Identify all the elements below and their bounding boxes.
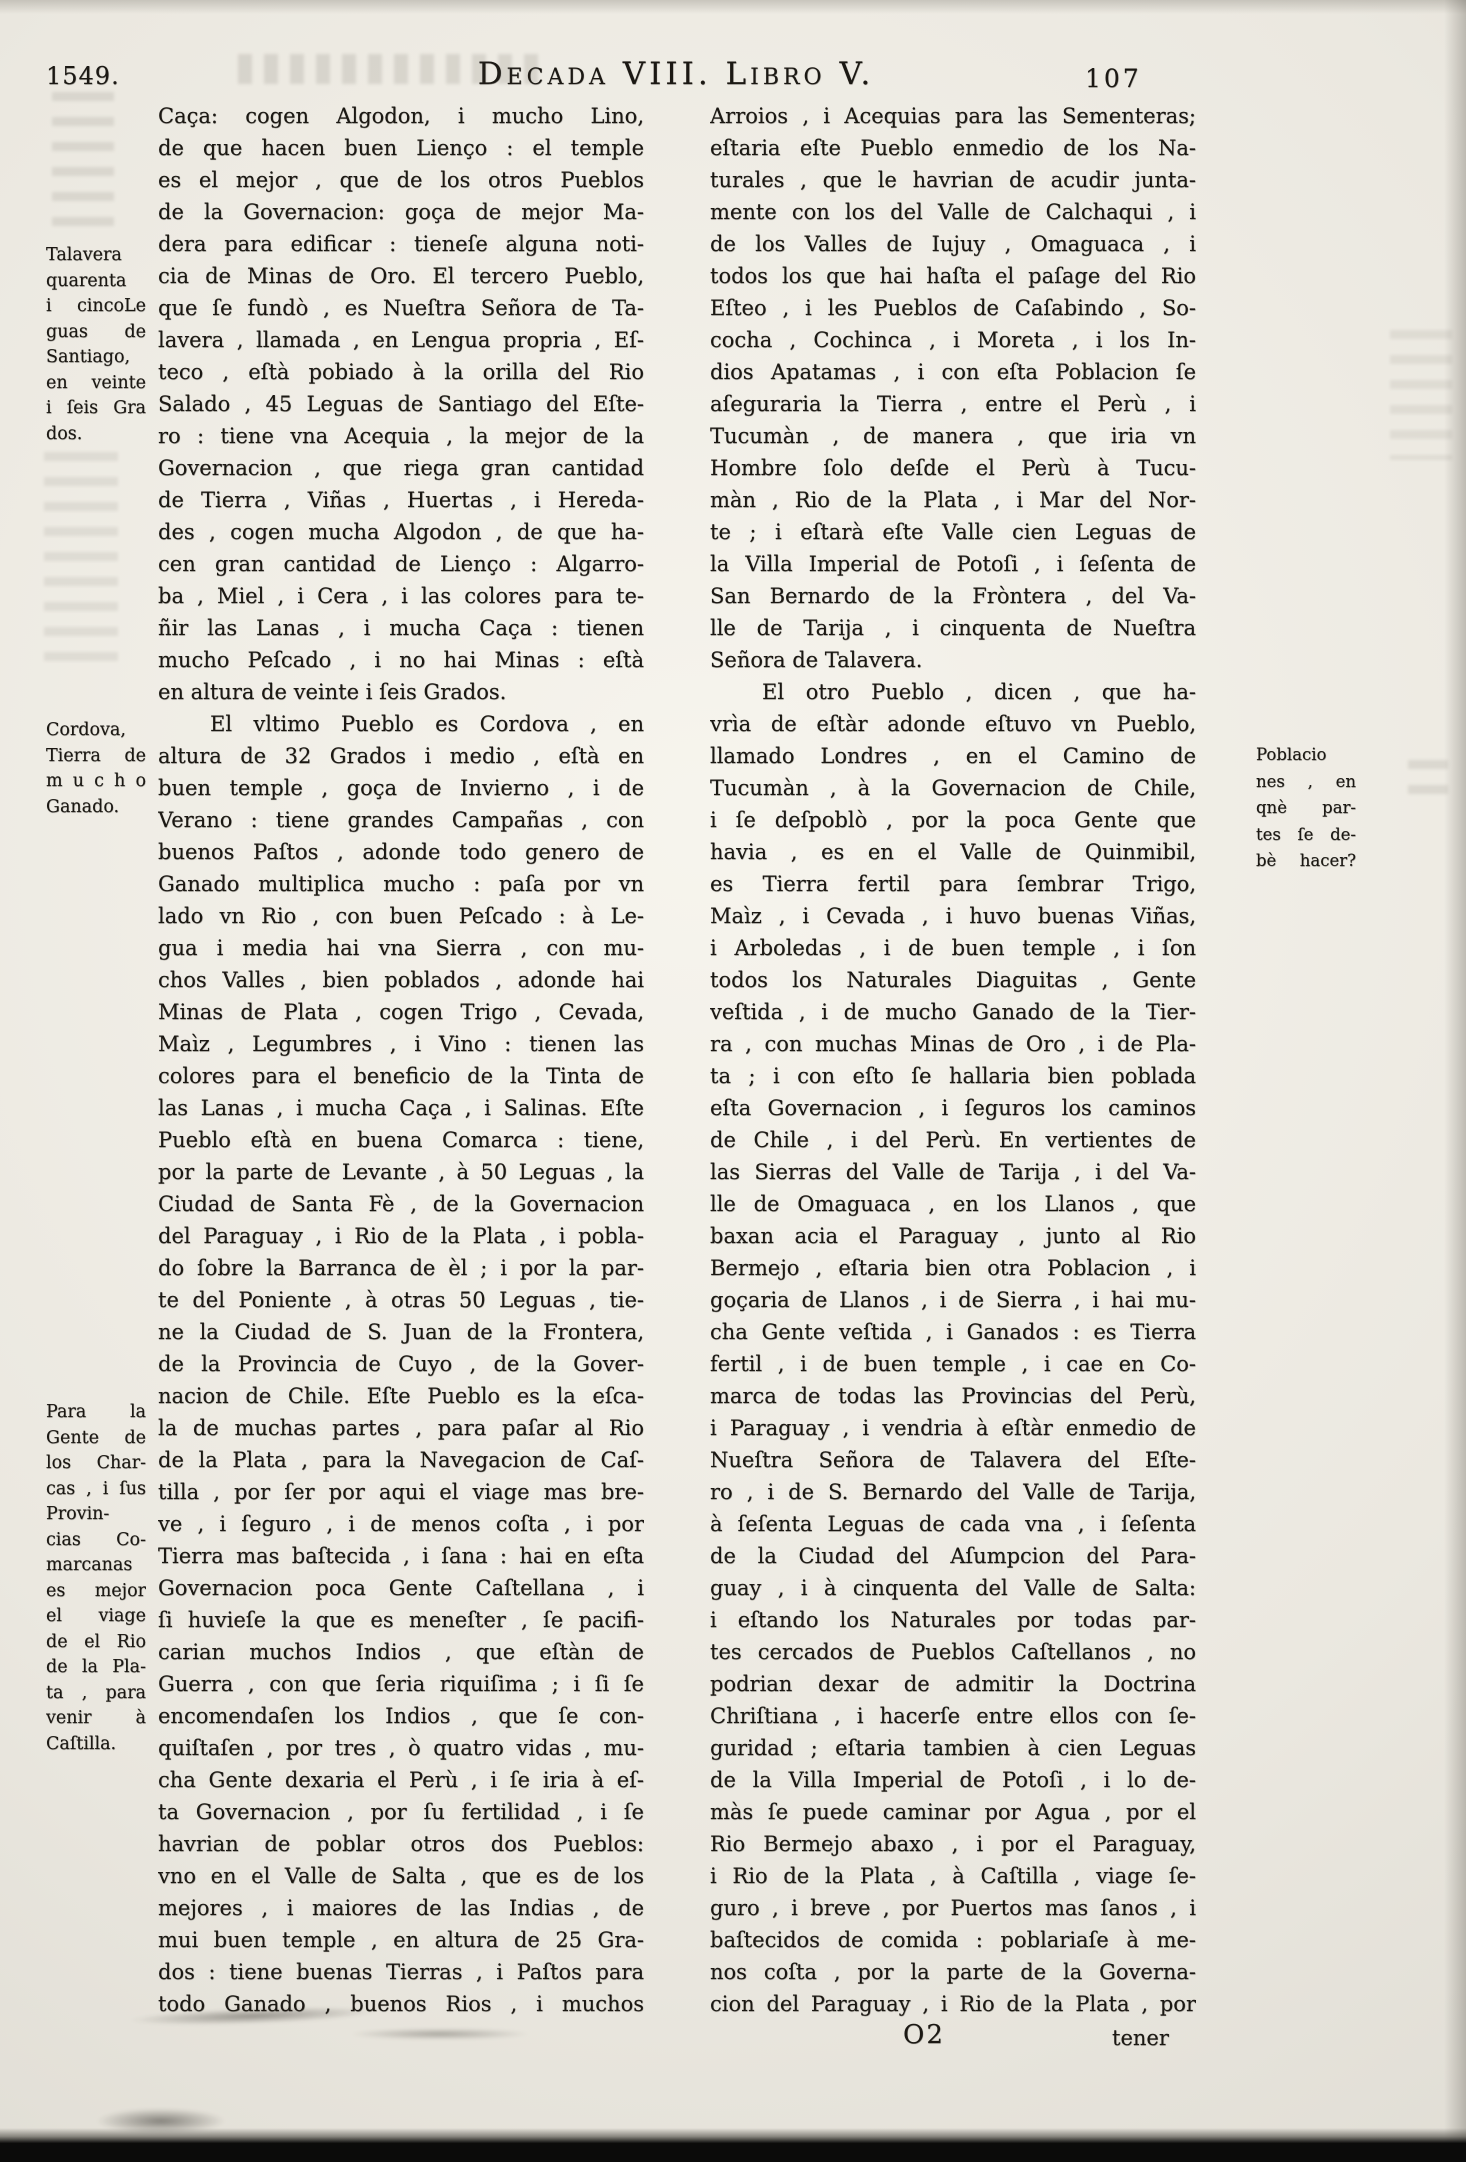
- text-line: ro : tiene vna Acequia , la mejor de la: [158, 420, 644, 452]
- text-line: Maìz , Legumbres , i Vino : tienen las: [158, 1028, 644, 1060]
- text-line: cias Co-: [46, 1528, 146, 1554]
- text-line: quiſtaſen , por tres , ò quatro vidas , …: [158, 1732, 644, 1764]
- text-line: Verano : tiene grandes Campañas , con: [158, 804, 644, 836]
- text-line: lado vn Rio , con buen Peſcado : à Le-: [158, 900, 644, 932]
- text-line: Bermejo , eſtaria bien otra Poblacion , …: [710, 1252, 1196, 1284]
- text-line: tes ſe de-: [1256, 822, 1356, 849]
- text-line: cha Gente veſtida , i Ganados : es Tierr…: [710, 1316, 1196, 1348]
- text-line: Governacion , que riega gran cantidad: [158, 452, 644, 484]
- text-line: eſta Governacion , i ſeguros los caminos: [710, 1092, 1196, 1124]
- text-line: de Tierra , Viñas , Huertas , i Hereda-: [158, 484, 644, 516]
- text-line: ñir las Lanas , i mucha Caça : tienen: [158, 612, 644, 644]
- text-line: Cordova,: [46, 718, 146, 744]
- text-line: te del Poniente , à otras 50 Leguas , ti…: [158, 1284, 644, 1316]
- text-line: nes , en: [1256, 769, 1356, 796]
- text-line: de la Plata , para la Navegacion de Caſ-: [158, 1444, 644, 1476]
- bleed-through-ghost: [44, 452, 118, 662]
- text-line: màs ſe puede caminar por Agua , por el: [710, 1796, 1196, 1828]
- text-line: cia de Minas de Oro. El tercero Pueblo,: [158, 260, 644, 292]
- text-line: nacion de Chile. Eſte Pueblo es la eſca-: [158, 1380, 644, 1412]
- text-line: podrian dexar de admitir la Doctrina: [710, 1668, 1196, 1700]
- text-line: ro , i de S. Bernardo del Valle de Tarij…: [710, 1476, 1196, 1508]
- text-line: vrìa de eſtàr adonde eſtuvo vn Pueblo,: [710, 708, 1196, 740]
- text-line: Maìz , i Cevada , i huvo buenas Viñas,: [710, 900, 1196, 932]
- text-line: Tierra mas baſtecida , i ſana : hai en e…: [158, 1540, 644, 1572]
- text-line: Nueſtra Señora de Talavera del Eſte-: [710, 1444, 1196, 1476]
- text-line: Caça: cogen Algodon, i mucho Lino,: [158, 100, 644, 132]
- text-line: à ſeſenta Leguas de cada vna , i ſeſenta: [710, 1508, 1196, 1540]
- text-line: ſi huvieſe la que es meneſter , ſe pacif…: [158, 1604, 644, 1636]
- text-line: Guerra , con que ſeria riquiſima ; i ſi …: [158, 1668, 644, 1700]
- text-line: buen temple , goça de Invierno , i de: [158, 772, 644, 804]
- text-line: Tierra de: [46, 744, 146, 770]
- text-line: en altura de veinte i ſeis Grados.: [158, 676, 644, 708]
- text-line: chos Valles , bien poblados , adonde hai: [158, 964, 644, 996]
- catchword: tener: [1112, 2026, 1169, 2050]
- text-line: Chriſtiana , i hacerſe entre ellos con ſ…: [710, 1700, 1196, 1732]
- text-line: des , cogen mucha Algodon , de que ha-: [158, 516, 644, 548]
- margin-note-charcas: Para laGente delos Char-cas , i ſusProvi…: [46, 1400, 146, 1757]
- text-line: te ; i eſtarà eſte Valle cien Leguas de: [710, 516, 1196, 548]
- text-line: Minas de Plata , cogen Trigo , Cevada,: [158, 996, 644, 1028]
- text-line: de la Ciudad del Aſumpcion del Para-: [710, 1540, 1196, 1572]
- text-line: Ganado.: [46, 795, 146, 821]
- text-line: i Arboledas , i de buen temple , i ſon: [710, 932, 1196, 964]
- text-line: las Sierras del Valle de Tarija , i del …: [710, 1156, 1196, 1188]
- text-line: i ſe deſpoblò , por la poca Gente que: [710, 804, 1196, 836]
- text-line: Salado , 45 Leguas de Santiago del Eſte-: [158, 388, 644, 420]
- book-page-scan: 1549. Decada VIII. Libro V. 107 Caça: co…: [0, 0, 1466, 2162]
- text-line: El otro Pueblo , dicen , que ha-: [710, 676, 1196, 708]
- text-line: mente con los del Valle de Calchaqui , i: [710, 196, 1196, 228]
- text-line: i Rio de la Plata , à Caſtilla , viage ſ…: [710, 1860, 1196, 1892]
- text-line: dos : tiene buenas Tierras , i Paſtos pa…: [158, 1956, 644, 1988]
- text-line: es el mejor , que de los otros Pueblos: [158, 164, 644, 196]
- text-line: Ciudad de Santa Fè , de la Governacion: [158, 1188, 644, 1220]
- margin-note-poblaciones: Poblaciones , enqnè par-tes ſe de-bè hac…: [1256, 742, 1356, 875]
- text-line: guas de: [46, 320, 146, 346]
- text-line: ne la Ciudad de S. Juan de la Frontera,: [158, 1316, 644, 1348]
- text-line: cas , i ſus: [46, 1477, 146, 1503]
- text-line: lavera , llamada , en Lengua propria , E…: [158, 324, 644, 356]
- text-line: llamado Londres , en el Camino de: [710, 740, 1196, 772]
- text-line: baſtecidos de comida : poblariaſe à me-: [710, 1924, 1196, 1956]
- text-line: Santiago,: [46, 345, 146, 371]
- text-line: dios Apatamas , i con eſta Poblacion ſe: [710, 356, 1196, 388]
- text-line: El vltimo Pueblo es Cordova , en: [158, 708, 644, 740]
- text-line: las Lanas , i mucha Caça , i Salinas. Eſ…: [158, 1092, 644, 1124]
- text-line: gua i media hai vna Sierra , con mu-: [158, 932, 644, 964]
- page-number: 107: [1085, 64, 1142, 93]
- text-line: Ganado multiplica mucho : paſa por vn: [158, 868, 644, 900]
- text-line: ra , con muchas Minas de Oro , i de Pla-: [710, 1028, 1196, 1060]
- text-line: tes cercados de Pueblos Caſtellanos , no: [710, 1636, 1196, 1668]
- left-text-column: Caça: cogen Algodon, i mucho Lino,de que…: [158, 100, 644, 2020]
- text-line: marca de todas las Provincias del Perù,: [710, 1380, 1196, 1412]
- text-line: por la parte de Levante , à 50 Leguas , …: [158, 1156, 644, 1188]
- text-line: teco , eſtà pobiado à la orilla del Rio: [158, 356, 644, 388]
- text-line: la Villa Imperial de Potoſi , i ſeſenta …: [710, 548, 1196, 580]
- text-line: Tucumàn , de manera , que iria vn: [710, 420, 1196, 452]
- text-line: ta ; i con eſto ſe hallaria bien poblada: [710, 1060, 1196, 1092]
- text-line: baxan acia el Paraguay , junto al Rio: [710, 1220, 1196, 1252]
- text-line: dera para edificar : tieneſe alguna noti…: [158, 228, 644, 260]
- text-line: havia , es en el Valle de Quinmibil,: [710, 836, 1196, 868]
- text-line: de Chile , i del Perù. En vertientes de: [710, 1124, 1196, 1156]
- text-line: Señora de Talavera.: [710, 644, 1196, 676]
- text-line: turales , que le havrian de acudir junta…: [710, 164, 1196, 196]
- text-line: de que hacen buen Lienço : el temple: [158, 132, 644, 164]
- text-line: havrian de poblar otros dos Pueblos:: [158, 1828, 644, 1860]
- scan-edge-top: [0, 0, 1466, 14]
- text-line: del Paraguay , i Rio de la Plata , i pob…: [158, 1220, 644, 1252]
- text-line: mucho Peſcado , i no hai Minas : eſtà: [158, 644, 644, 676]
- text-line: de la Villa Imperial de Potoſi , i lo de…: [710, 1764, 1196, 1796]
- text-line: mejores , i maiores de las Indias , de: [158, 1892, 644, 1924]
- text-line: ta Governacion , por ſu fertilidad , i ſ…: [158, 1796, 644, 1828]
- text-line: tilla , por ſer por aqui el viage mas br…: [158, 1476, 644, 1508]
- text-line: Governacion poca Gente Caſtellana , i: [158, 1572, 644, 1604]
- ink-smudge: [350, 2028, 530, 2040]
- text-line: carian muchos Indios , que eſtàn de: [158, 1636, 644, 1668]
- text-line: San Bernardo de la Fròntera , del Va-: [710, 580, 1196, 612]
- text-line: marcanas: [46, 1553, 146, 1579]
- text-line: Para la: [46, 1400, 146, 1426]
- text-line: fertil , i de buen temple , i cae en Co-: [710, 1348, 1196, 1380]
- text-line: qnè par-: [1256, 795, 1356, 822]
- margin-note-talavera: Talaveraquarentai cincoLeguas deSantiago…: [46, 243, 146, 447]
- text-line: veſtida , i de mucho Ganado de la Tier-: [710, 996, 1196, 1028]
- text-line: Caſtilla.: [46, 1732, 146, 1758]
- scan-edge-bottom: [0, 2128, 1466, 2162]
- text-line: do ſobre la Barranca de èl ; i por la pa…: [158, 1252, 644, 1284]
- text-line: Talavera: [46, 243, 146, 269]
- text-line: lle de Tarija , i cinquenta de Nueſtra: [710, 612, 1196, 644]
- text-line: de el Rio: [46, 1630, 146, 1656]
- text-line: Poblacio: [1256, 742, 1356, 769]
- text-line: i ſeis Gra: [46, 396, 146, 422]
- text-line: es mejor: [46, 1579, 146, 1605]
- text-line: i cincoLe: [46, 294, 146, 320]
- text-line: de los Valles de Iujuy , Omaguaca , i: [710, 228, 1196, 260]
- text-line: ba , Miel , i Cera , i las colores para …: [158, 580, 644, 612]
- text-line: quarenta: [46, 269, 146, 295]
- text-line: ve , i ſeguro , i de menos coſta , i por: [158, 1508, 644, 1540]
- text-line: cha Gente dexaria el Perù , i ſe iria à …: [158, 1764, 644, 1796]
- text-line: Rio Bermejo abaxo , i por el Paraguay,: [710, 1828, 1196, 1860]
- signature-mark: O2: [903, 2020, 945, 2050]
- text-line: goçaria de Llanos , i de Sierra , i hai …: [710, 1284, 1196, 1316]
- text-line: màn , Rio de la Plata , i Mar del Nor-: [710, 484, 1196, 516]
- text-line: guro , i breve , por Puertos mas ſanos ,…: [710, 1892, 1196, 1924]
- right-text-column: Arroios , i Acequias para las Sementeras…: [710, 100, 1196, 2020]
- text-line: de la Governacion: goça de mejor Ma-: [158, 196, 644, 228]
- text-line: todo Ganado , buenos Rios , i muchos: [158, 1988, 644, 2020]
- text-line: i eſtando los Naturales por todas par-: [710, 1604, 1196, 1636]
- text-line: lle de Omaguaca , en los Llanos , que: [710, 1188, 1196, 1220]
- text-line: altura de 32 Grados i medio , eſtà en: [158, 740, 644, 772]
- text-line: vno en el Valle de Salta , que es de los: [158, 1860, 644, 1892]
- text-line: cocha , Cochinca , i Moreta , i los In-: [710, 324, 1196, 356]
- text-line: Provin-: [46, 1502, 146, 1528]
- text-line: ta , para: [46, 1681, 146, 1707]
- bleed-through-ghost: [52, 92, 114, 232]
- text-line: colores para el beneficio de la Tinta de: [158, 1060, 644, 1092]
- text-line: aſeguraria la Tierra , entre el Perù , i: [710, 388, 1196, 420]
- text-line: en veinte: [46, 371, 146, 397]
- text-line: es Tierra fertil para ſembrar Trigo,: [710, 868, 1196, 900]
- text-line: guay , i à cinquenta del Valle de Salta:: [710, 1572, 1196, 1604]
- text-line: Gente de: [46, 1426, 146, 1452]
- text-line: Tucumàn , à la Governacion de Chile,: [710, 772, 1196, 804]
- text-line: que ſe fundò , es Nueſtra Señora de Ta-: [158, 292, 644, 324]
- text-line: la de muchas partes , para paſar al Rio: [158, 1412, 644, 1444]
- text-line: el viage: [46, 1604, 146, 1630]
- text-line: los Char-: [46, 1451, 146, 1477]
- text-line: Eſteo , i les Pueblos de Caſabindo , So-: [710, 292, 1196, 324]
- running-title: Decada VIII. Libro V.: [340, 56, 1012, 92]
- text-line: todos los que hai haſta el paſage del Ri…: [710, 260, 1196, 292]
- text-line: venir à: [46, 1706, 146, 1732]
- text-line: buenos Paſtos , adonde todo genero de: [158, 836, 644, 868]
- text-line: Pueblo eſtà en buena Comarca : tiene,: [158, 1124, 644, 1156]
- text-line: cion del Paraguay , i Rio de la Plata , …: [710, 1988, 1196, 2020]
- text-line: Hombre ſolo deſde el Perù à Tucu-: [710, 452, 1196, 484]
- ink-smudge: [96, 2108, 226, 2134]
- text-line: m u c h o: [46, 769, 146, 795]
- text-line: de la Provincia de Cuyo , de la Gover-: [158, 1348, 644, 1380]
- text-line: guridad ; eſtaria tambien à cien Leguas: [710, 1732, 1196, 1764]
- margin-note-cordova: Cordova,Tierra dem u c h oGanado.: [46, 718, 146, 820]
- text-line: bè hacer?: [1256, 848, 1356, 875]
- text-line: Arroios , i Acequias para las Sementeras…: [710, 100, 1196, 132]
- text-line: todos los Naturales Diaguitas , Gente: [710, 964, 1196, 996]
- text-line: cen gran cantidad de Lienço : Algarro-: [158, 548, 644, 580]
- text-line: encomendaſen los Indios , que ſe con-: [158, 1700, 644, 1732]
- scan-edge-right: [1444, 0, 1466, 2162]
- folio-year: 1549.: [46, 62, 120, 90]
- bleed-through-ghost: [1408, 760, 1448, 800]
- text-line: dos.: [46, 422, 146, 448]
- text-line: nos coſta , por la parte de la Governa-: [710, 1956, 1196, 1988]
- text-line: mui buen temple , en altura de 25 Gra-: [158, 1924, 644, 1956]
- bleed-through-ghost: [1390, 330, 1452, 460]
- text-line: eſtaria eſte Pueblo enmedio de los Na-: [710, 132, 1196, 164]
- text-line: i Paraguay , i vendria à eſtàr enmedio d…: [710, 1412, 1196, 1444]
- text-line: de la Pla-: [46, 1655, 146, 1681]
